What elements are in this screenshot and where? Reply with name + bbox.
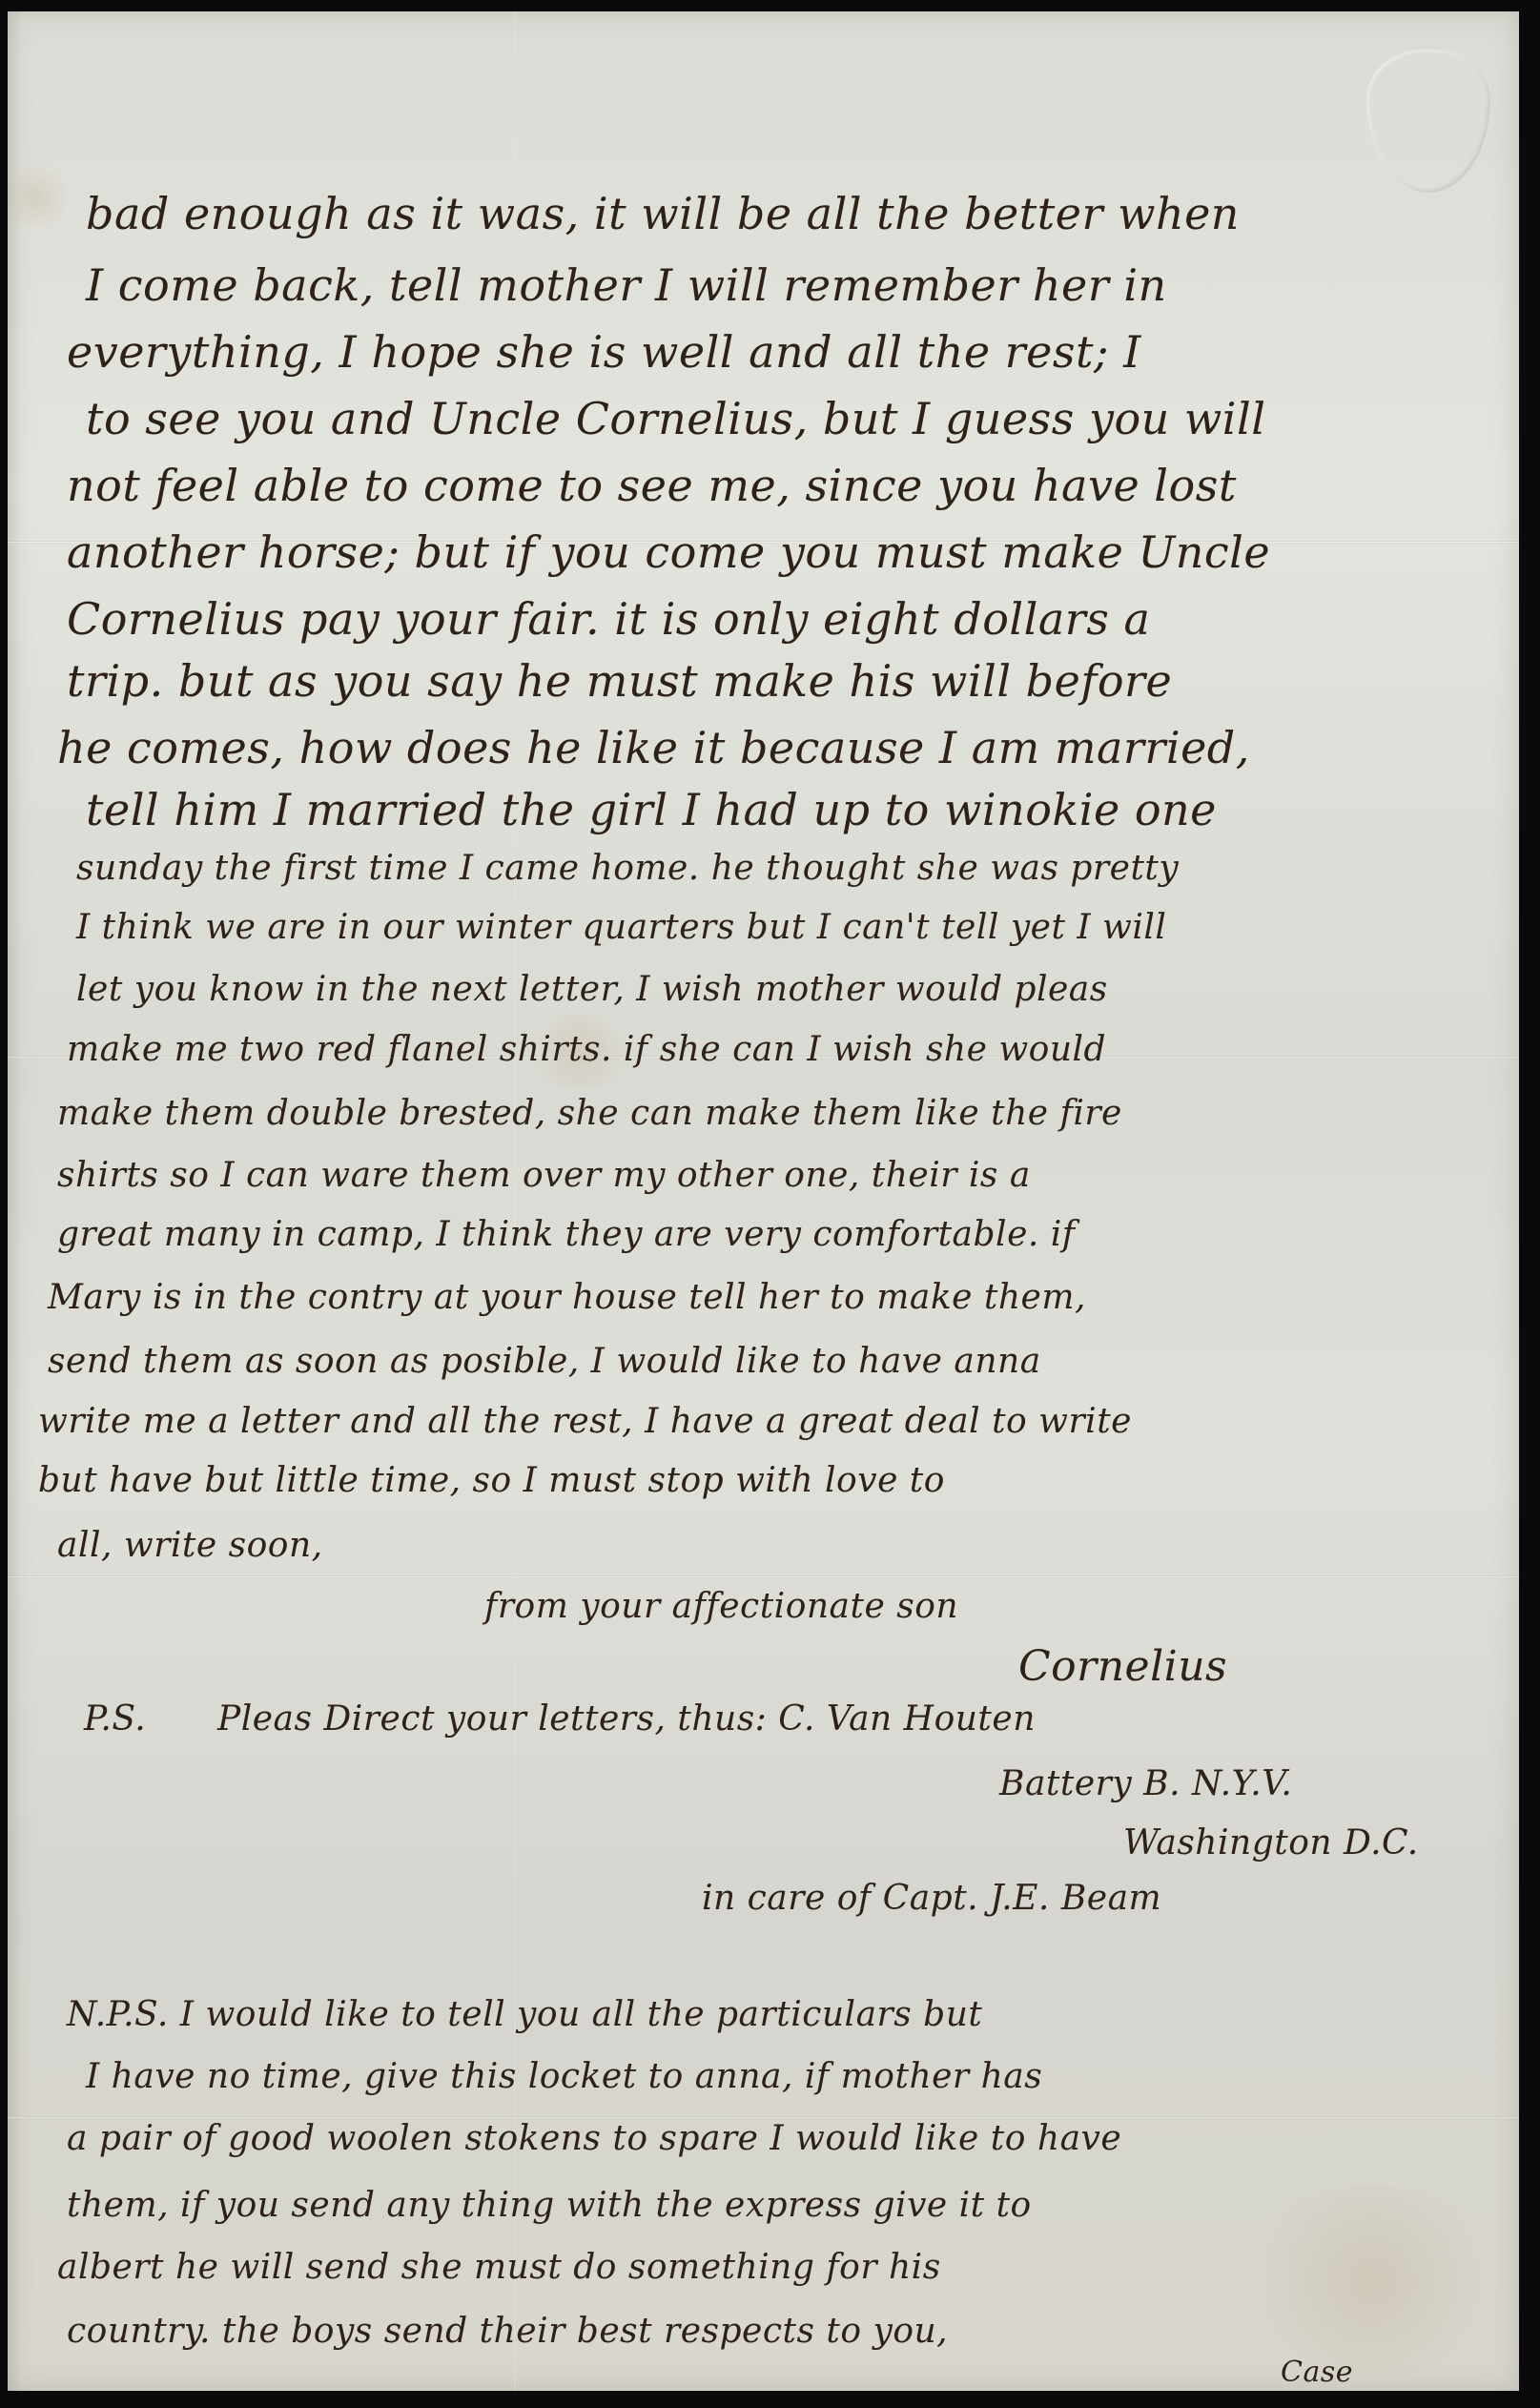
nps-line: N.P.S. I would like to tell you all the … [67,1995,982,2034]
letter-page: bad enough as it was, it will be all the… [8,11,1519,2391]
nps-line: country. the boys send their best respec… [67,2312,948,2351]
nps-line: them, if you send any thing with the exp… [67,2186,1032,2225]
signoff: Case [1281,2356,1353,2389]
nps-line: I have no time, give this locket to anna… [86,2057,1042,2096]
nps-line: albert he will send she must do somethin… [57,2248,941,2287]
second-postscript: N.P.S. I would like to tell you all the … [8,11,1519,2391]
nps-line: a pair of good woolen stokens to spare I… [67,2119,1121,2158]
